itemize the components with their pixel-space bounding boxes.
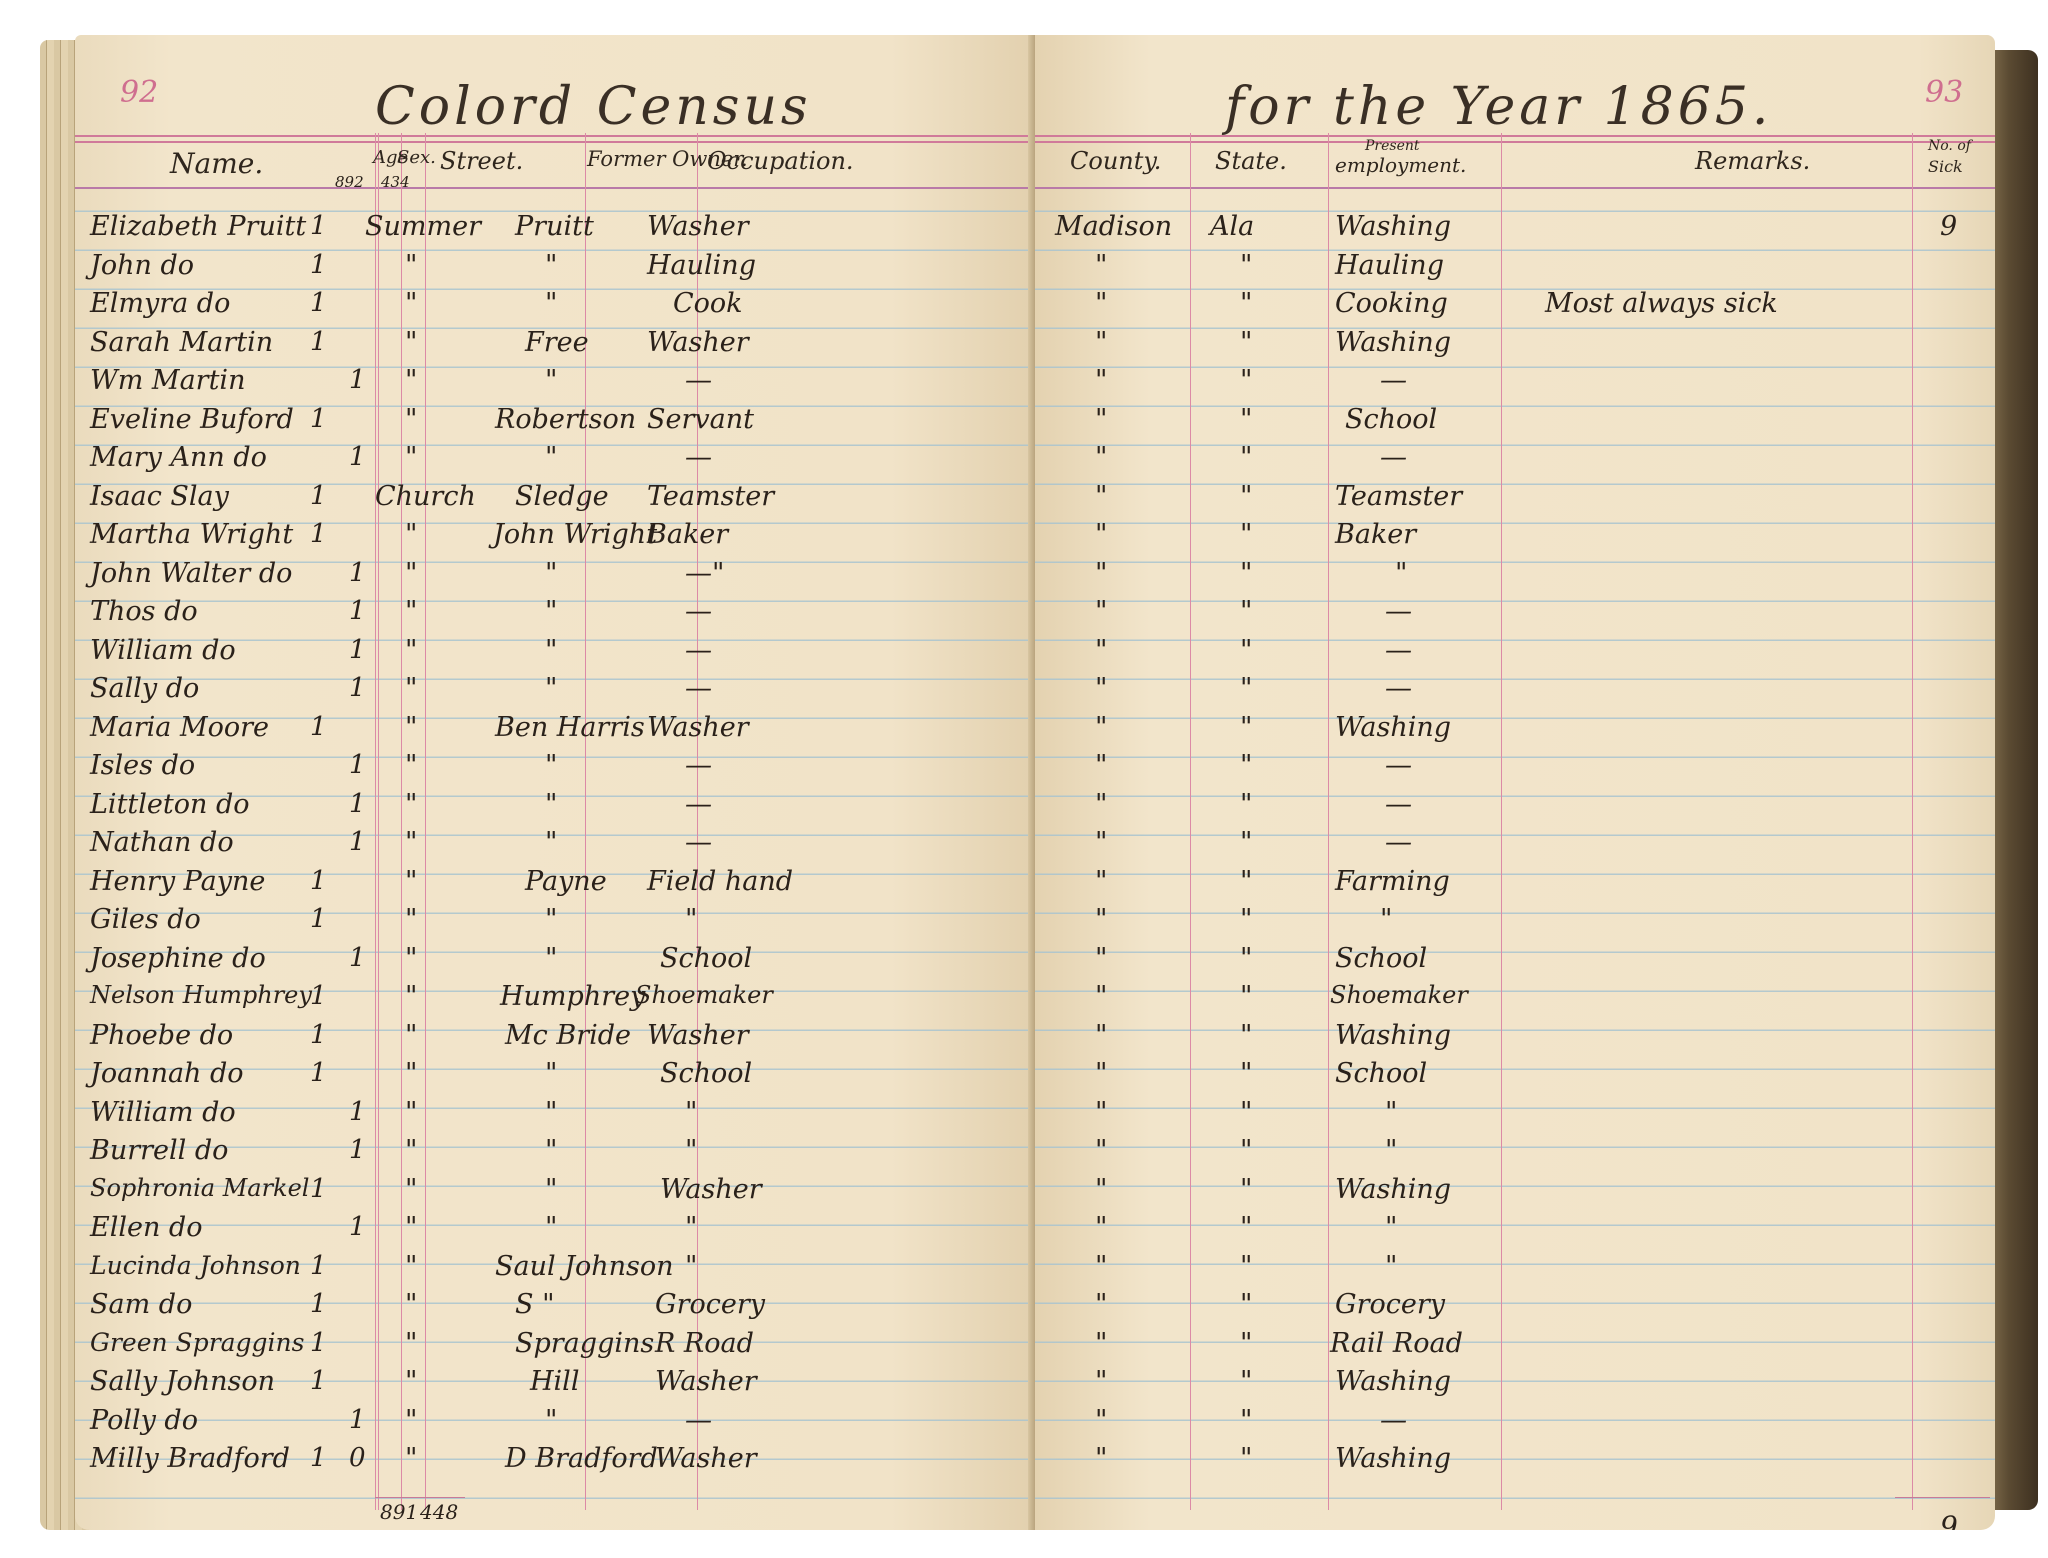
cell-occupation: Washer (660, 1174, 762, 1205)
cell-state: " (1240, 1366, 1252, 1397)
cell-occupation: Washer (655, 1443, 757, 1474)
cell-county: " (1095, 1020, 1107, 1051)
cell-former-owner: " (545, 365, 557, 396)
cell-sex: 1 (349, 827, 366, 857)
cell-present-employment: — (1380, 365, 1407, 396)
table-row: ""Baker (1035, 515, 1995, 554)
cell-occupation: Servant (647, 404, 754, 435)
cell-present-employment: School (1335, 1058, 1427, 1089)
table-row: Mary Ann do1""— (75, 438, 1035, 477)
cell-present-employment: — (1385, 827, 1412, 858)
cell-name: Phoebe do (90, 1020, 233, 1051)
cell-occupation: Shoemaker (635, 981, 773, 1009)
cell-county: " (1095, 1097, 1107, 1128)
cell-occupation: —" (685, 558, 724, 589)
cell-street: " (405, 789, 417, 820)
cell-occupation: — (685, 750, 712, 781)
age-subheading: 892 (335, 173, 364, 191)
cell-former-owner: " (545, 904, 557, 935)
table-row: Phoebe do1"Mc BrideWasher (75, 1016, 1035, 1055)
table-row: ""School (1035, 939, 1995, 978)
table-row: Martha Wright1"John WrightBaker (75, 515, 1035, 554)
cell-age: 1 (310, 1366, 327, 1396)
table-row: John do1""Hauling (75, 246, 1035, 285)
cell-former-owner: Spraggins (515, 1328, 654, 1359)
table-row: ""Washing (1035, 1439, 1995, 1478)
cell-county: " (1095, 789, 1107, 820)
table-row: """ (1035, 1208, 1995, 1247)
cell-sex: 1 (349, 789, 366, 819)
cell-former-owner: " (545, 673, 557, 704)
cell-former-owner: John Wright (493, 519, 657, 550)
cell-age: 1 (310, 1289, 327, 1319)
cell-present-employment: " (1385, 1097, 1397, 1128)
cell-name: Thos do (90, 596, 198, 627)
cell-sex: 1 (349, 1097, 366, 1127)
cell-street: " (405, 288, 417, 319)
cell-former-owner: " (545, 635, 557, 666)
cell-street: " (405, 904, 417, 935)
cell-street: " (405, 558, 417, 589)
cell-present-employment: " (1385, 1251, 1397, 1282)
cell-sex: 1 (349, 596, 366, 626)
cell-name: Giles do (90, 904, 201, 935)
cell-name: Sarah Martin (90, 327, 273, 358)
cell-sex: 1 (349, 943, 366, 973)
cell-former-owner: S " (515, 1289, 555, 1320)
page-title-left: Colord Census (375, 77, 812, 137)
cell-state: " (1240, 1443, 1252, 1474)
cell-former-owner: " (545, 558, 557, 589)
table-row: Isaac Slay1ChurchSledgeTeamster (75, 477, 1035, 516)
header-double-rule (1035, 135, 1995, 143)
cell-former-owner: " (545, 1212, 557, 1243)
cell-name: Wm Martin (90, 365, 245, 396)
cell-street: " (405, 943, 417, 974)
cell-street: " (405, 712, 417, 743)
cell-state: " (1240, 1289, 1252, 1320)
cell-present-employment: Washing (1335, 327, 1451, 358)
cell-age: 1 (310, 1058, 327, 1088)
cell-street: " (405, 1366, 417, 1397)
table-row: """ (1035, 554, 1995, 593)
cell-sex: 0 (349, 1443, 366, 1473)
cell-former-owner: " (545, 1174, 557, 1205)
table-row: """ (1035, 1247, 1995, 1286)
table-row: Littleton do1""— (75, 785, 1035, 824)
cell-state: " (1240, 481, 1252, 512)
cell-state: " (1240, 558, 1252, 589)
cell-present-employment: " (1385, 1212, 1397, 1243)
cell-present-employment: — (1385, 596, 1412, 627)
cell-present-employment: Teamster (1335, 481, 1462, 512)
cell-county: " (1095, 442, 1107, 473)
cell-street: " (405, 1058, 417, 1089)
cell-state: " (1240, 519, 1252, 550)
cell-county: " (1095, 1366, 1107, 1397)
cell-remarks: Most always sick (1545, 288, 1778, 319)
cell-county: " (1095, 1443, 1107, 1474)
cell-name: Milly Bradford (90, 1443, 290, 1474)
table-row: Polly do1""— (75, 1401, 1035, 1440)
header-present-top: Present (1365, 139, 1420, 153)
age-total: 891 (380, 1500, 418, 1524)
cell-name: Sally Johnson (90, 1366, 275, 1397)
total-rule (375, 1497, 465, 1498)
cell-county: " (1095, 904, 1107, 935)
table-row: Maria Moore1"Ben HarrisWasher (75, 708, 1035, 747)
cell-street: " (405, 1405, 417, 1436)
cell-occupation: — (685, 365, 712, 396)
page-title-right: for the Year 1865. (1225, 77, 1772, 137)
cell-name: Littleton do (90, 789, 250, 820)
cell-name: Nelson Humphrey (90, 981, 312, 1009)
cell-occupation: Washer (647, 1020, 749, 1051)
table-row: Elmyra do1""Cook (75, 284, 1035, 323)
cell-name: John do (90, 250, 194, 281)
table-row: Giles do1""" (75, 900, 1035, 939)
cell-former-owner: " (545, 750, 557, 781)
cell-present-employment: Washing (1335, 1443, 1451, 1474)
cell-present-employment: — (1385, 750, 1412, 781)
cell-street: " (405, 365, 417, 396)
cell-present-employment: Washing (1335, 712, 1451, 743)
cell-present-employment: Rail Road (1330, 1328, 1463, 1359)
header-occupation: Occupation. (707, 147, 854, 175)
cell-former-owner: " (545, 1405, 557, 1436)
cell-county: " (1095, 365, 1107, 396)
cell-occupation: " (685, 1251, 697, 1282)
cell-former-owner: Sledge (515, 481, 609, 512)
cell-present-employment: Grocery (1335, 1289, 1445, 1320)
cell-present-employment: Washing (1335, 1366, 1451, 1397)
cell-age: 1 (310, 1443, 327, 1473)
cell-state: " (1240, 1174, 1252, 1205)
table-row: ""— (1035, 785, 1995, 824)
cell-state: " (1240, 1251, 1252, 1282)
cell-age: 1 (310, 866, 327, 896)
table-row: Thos do1""— (75, 592, 1035, 631)
cell-former-owner: " (545, 943, 557, 974)
ledger-page-right: 93 for the Year 1865. County. State. Pre… (1035, 35, 1995, 1530)
cell-county: Madison (1055, 211, 1172, 242)
cell-age: 1 (310, 904, 327, 934)
cell-name: Eveline Buford (90, 404, 294, 435)
cell-street: " (405, 404, 417, 435)
cell-name: Elizabeth Pruitt (90, 211, 306, 242)
table-row: William do1""— (75, 631, 1035, 670)
cell-county: " (1095, 481, 1107, 512)
cell-name: Elmyra do (90, 288, 230, 319)
cell-county: " (1095, 1289, 1107, 1320)
header-no-of: No. of (1928, 139, 1971, 153)
table-row: ""Washing (1035, 1362, 1995, 1401)
cell-occupation: Washer (647, 211, 749, 242)
cell-age: 1 (310, 327, 327, 357)
cell-sex: 1 (349, 1135, 366, 1165)
table-row: Nelson Humphrey1"HumphreyShoemaker (75, 977, 1035, 1016)
cell-sex: 1 (349, 558, 366, 588)
cell-state: " (1240, 866, 1252, 897)
cell-former-owner: Robertson (495, 404, 636, 435)
cell-occupation: — (685, 442, 712, 473)
cell-occupation: " (685, 1212, 697, 1243)
header-sick: Sick (1928, 157, 1963, 176)
cell-present-employment: Washing (1335, 211, 1451, 242)
cell-state: " (1240, 750, 1252, 781)
cell-former-owner: " (545, 1058, 557, 1089)
table-row: ""School (1035, 1054, 1995, 1093)
header-county: County. (1070, 147, 1161, 175)
sex-subheading: 434 (381, 173, 410, 191)
table-row: ""— (1035, 746, 1995, 785)
sick-total-rule (1895, 1497, 1990, 1498)
cell-age: 1 (310, 404, 327, 434)
cell-state: " (1240, 1097, 1252, 1128)
table-row: ""CookingMost always sick (1035, 284, 1995, 323)
cell-former-owner: " (545, 1135, 557, 1166)
cell-state: " (1240, 789, 1252, 820)
cell-street: " (405, 327, 417, 358)
cell-age: 1 (310, 211, 327, 241)
cell-street: " (405, 750, 417, 781)
cell-state: " (1240, 712, 1252, 743)
cell-occupation: Washer (647, 327, 749, 358)
cell-sex: 1 (349, 365, 366, 395)
table-row: """ (1035, 1131, 1995, 1170)
cell-street: " (405, 866, 417, 897)
cell-street: " (405, 1020, 417, 1051)
cell-former-owner: Ben Harris (495, 712, 645, 743)
table-row: ""Teamster (1035, 477, 1995, 516)
cell-street: " (405, 1135, 417, 1166)
sex-total: 448 (420, 1500, 458, 1524)
table-row: Isles do1""— (75, 746, 1035, 785)
cell-street: " (405, 442, 417, 473)
header-sex: Sex. (397, 147, 436, 168)
cell-occupation: Washer (647, 712, 749, 743)
cell-occupation: " (685, 1135, 697, 1166)
cell-state: " (1240, 1058, 1252, 1089)
cell-age: 1 (310, 288, 327, 318)
cell-street: " (405, 635, 417, 666)
cell-street: " (405, 1443, 417, 1474)
cell-name: Lucinda Johnson (90, 1251, 301, 1280)
cell-former-owner: Pruitt (515, 211, 594, 242)
cell-street: " (405, 673, 417, 704)
cell-age: 1 (310, 1174, 327, 1204)
cell-street: " (405, 1174, 417, 1205)
cell-age: 1 (310, 250, 327, 280)
census-rows-left: Elizabeth Pruitt1SummerPruittWasher John… (75, 207, 1035, 1478)
cell-name: Sophronia Markel (90, 1174, 309, 1202)
cell-present-employment: — (1380, 1405, 1407, 1436)
cell-name: Maria Moore (90, 712, 269, 743)
ledger-page-left: 92 Colord Census Name. Age Sex. Street. … (75, 35, 1035, 1530)
cell-name: Polly do (90, 1405, 198, 1436)
cell-present-employment: Farming (1335, 866, 1450, 897)
cell-occupation: Cook (673, 288, 743, 319)
cell-sex: 1 (349, 1405, 366, 1435)
cell-state: " (1240, 596, 1252, 627)
cell-present-employment: — (1385, 673, 1412, 704)
cell-present-employment: Washing (1335, 1174, 1451, 1205)
cell-present-employment: — (1385, 635, 1412, 666)
cell-former-owner: Mc Bride (505, 1020, 631, 1051)
cell-occupation: " (685, 1097, 697, 1128)
cell-former-owner: Hill (530, 1366, 579, 1397)
cell-street: Church (375, 481, 476, 512)
table-row: Elizabeth Pruitt1SummerPruittWasher (75, 207, 1035, 246)
cell-occupation: School (660, 943, 752, 974)
table-row: Sarah Martin1"FreeWasher (75, 323, 1035, 362)
cell-county: " (1095, 866, 1107, 897)
cell-street: " (405, 1251, 417, 1282)
cell-occupation: — (685, 635, 712, 666)
table-row: ""— (1035, 438, 1995, 477)
cell-name: Ellen do (90, 1212, 202, 1243)
cell-county: " (1095, 250, 1107, 281)
cell-county: " (1095, 519, 1107, 550)
table-row: ""— (1035, 1401, 1995, 1440)
cell-county: " (1095, 712, 1107, 743)
cell-occupation: Hauling (647, 250, 756, 281)
cell-present-employment: " (1380, 904, 1392, 935)
cell-state: " (1240, 365, 1252, 396)
cell-name: Nathan do (90, 827, 234, 858)
cell-county: " (1095, 288, 1107, 319)
cell-present-employment: Baker (1335, 519, 1416, 550)
table-row: ""Washing (1035, 323, 1995, 362)
cell-occupation: " (685, 904, 697, 935)
cell-state: " (1240, 442, 1252, 473)
cell-former-owner: Free (525, 327, 589, 358)
table-row: ""Shoemaker (1035, 977, 1995, 1016)
cell-present-employment: Shoemaker (1330, 981, 1468, 1009)
cell-name: John Walter do (90, 558, 292, 589)
table-row: ""Washing (1035, 708, 1995, 747)
cell-former-owner: " (545, 789, 557, 820)
cell-former-owner: Humphrey (500, 981, 645, 1012)
cell-sick: 9 (1940, 211, 1957, 242)
cell-state: " (1240, 673, 1252, 704)
cell-state: " (1240, 981, 1252, 1012)
cell-state: " (1240, 250, 1252, 281)
table-row: Sally Johnson1"HillWasher (75, 1362, 1035, 1401)
cell-name: Martha Wright (90, 519, 293, 550)
cell-county: " (1095, 1251, 1107, 1282)
cell-present-employment: " (1385, 1135, 1397, 1166)
cell-street: " (405, 1289, 417, 1320)
cell-former-owner: " (545, 250, 557, 281)
cell-county: " (1095, 1174, 1107, 1205)
cell-street: " (405, 519, 417, 550)
table-row: Sally do1""— (75, 669, 1035, 708)
cell-state: Ala (1210, 211, 1254, 242)
table-row: """ (1035, 900, 1995, 939)
table-row: ""— (1035, 592, 1995, 631)
table-row: Ellen do1""" (75, 1208, 1035, 1247)
header-present-employment: employment. (1335, 153, 1466, 177)
cell-street: " (405, 981, 417, 1012)
census-rows-right: MadisonAlaWashing9 ""Hauling ""CookingMo… (1035, 207, 1995, 1478)
cell-state: " (1240, 943, 1252, 974)
cell-sex: 1 (349, 750, 366, 780)
cell-present-employment: Hauling (1335, 250, 1444, 281)
table-row: ""Grocery (1035, 1285, 1995, 1324)
header-double-rule (75, 135, 1035, 143)
cell-county: " (1095, 827, 1107, 858)
cell-sex: 1 (349, 673, 366, 703)
cell-state: " (1240, 635, 1252, 666)
table-row: Joannah do1""School (75, 1054, 1035, 1093)
table-row: Milly Bradford10"D BradfordWasher (75, 1439, 1035, 1478)
cell-present-employment: Cooking (1335, 288, 1448, 319)
cell-former-owner: " (545, 442, 557, 473)
cell-occupation: — (685, 1405, 712, 1436)
cell-name: Joannah do (90, 1058, 244, 1089)
cell-present-employment: School (1335, 943, 1427, 974)
table-row: Sophronia Markel1""Washer (75, 1170, 1035, 1209)
cell-county: " (1095, 750, 1107, 781)
cell-occupation: — (685, 673, 712, 704)
cell-county: " (1095, 327, 1107, 358)
cell-county: " (1095, 1058, 1107, 1089)
cell-former-owner: Saul Johnson (495, 1251, 674, 1282)
cell-state: " (1240, 1328, 1252, 1359)
cell-name: Sam do (90, 1289, 192, 1320)
cell-state: " (1240, 1135, 1252, 1166)
cell-occupation: — (685, 827, 712, 858)
cell-name: William do (90, 635, 236, 666)
table-row: ""Farming (1035, 862, 1995, 901)
cell-former-owner: Payne (525, 866, 607, 897)
cell-former-owner: " (545, 1097, 557, 1128)
cell-former-owner: " (545, 827, 557, 858)
header-street: Street. (440, 147, 523, 175)
table-row: ""Washing (1035, 1170, 1995, 1209)
header-name: Name. (170, 147, 263, 180)
cell-street: " (405, 250, 417, 281)
table-row: ""— (1035, 631, 1995, 670)
cell-county: " (1095, 404, 1107, 435)
cell-age: 1 (310, 1328, 327, 1358)
table-row: Eveline Buford1"RobertsonServant (75, 400, 1035, 439)
cell-name: Isaac Slay (90, 481, 229, 512)
cell-age: 1 (310, 519, 327, 549)
cell-occupation: R Road (655, 1328, 754, 1359)
cell-county: " (1095, 558, 1107, 589)
cell-name: Mary Ann do (90, 442, 267, 473)
table-row: Josephine do1""School (75, 939, 1035, 978)
cell-street: " (405, 1097, 417, 1128)
cell-county: " (1095, 1405, 1107, 1436)
table-row: John Walter do1""—" (75, 554, 1035, 593)
cell-state: " (1240, 1212, 1252, 1243)
cell-name: Henry Payne (90, 866, 265, 897)
cell-name: William do (90, 1097, 236, 1128)
table-row: Green Spraggins1"SpragginsR Road (75, 1324, 1035, 1363)
cell-county: " (1095, 943, 1107, 974)
cell-age: 1 (310, 981, 327, 1011)
cell-age: 1 (310, 1020, 327, 1050)
table-row: ""— (1035, 823, 1995, 862)
cell-street: " (405, 827, 417, 858)
table-row: ""— (1035, 361, 1995, 400)
cell-street: " (405, 596, 417, 627)
cell-county: " (1095, 1212, 1107, 1243)
header-remarks: Remarks. (1695, 147, 1810, 175)
